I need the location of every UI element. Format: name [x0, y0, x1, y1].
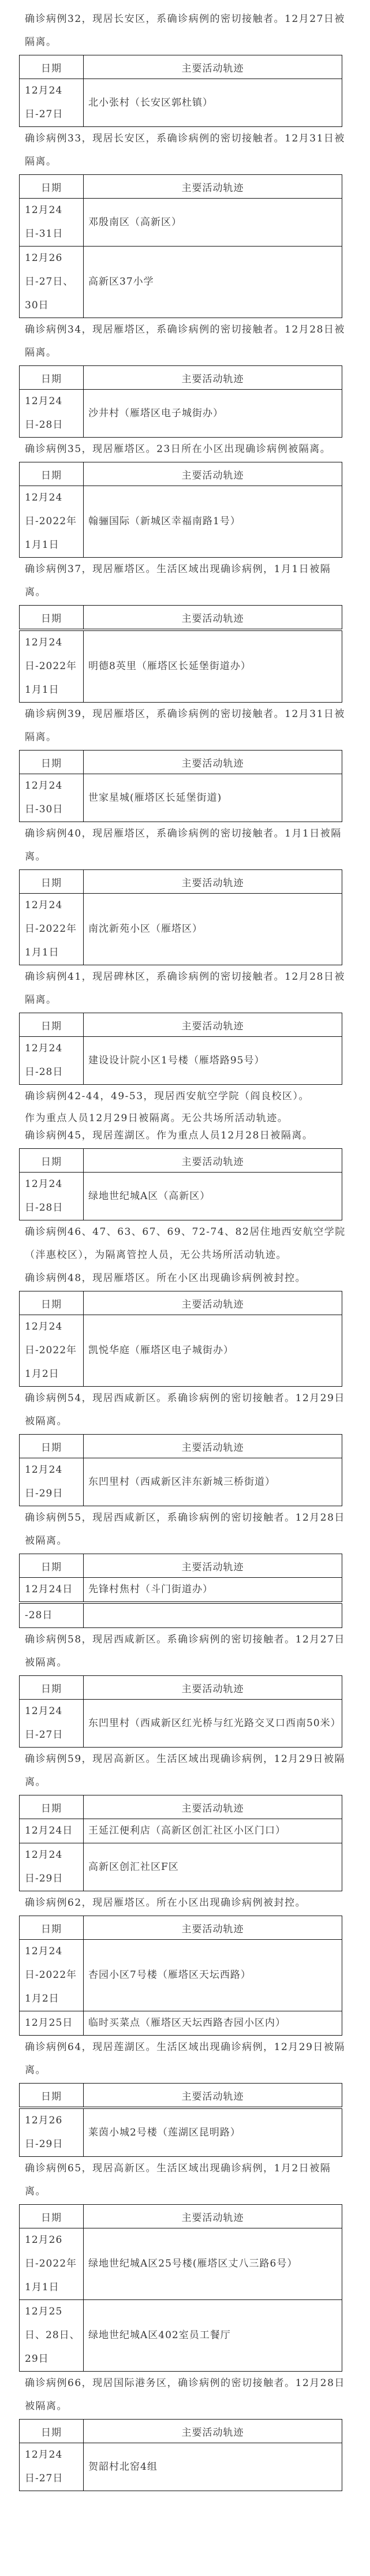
case-section-case-66: 确诊病例66，现居国际港务区，确诊病例的密切接触者。12月28日被隔离。日期主要…	[0, 2372, 370, 2491]
date-column-header: 日期	[20, 462, 84, 486]
table-header-row: 日期主要活动轨迹	[20, 751, 342, 774]
table-row: 12月25日、28日、29日绿地世纪城A区402室员工餐厅	[20, 2300, 342, 2372]
activity-trace-table: 日期主要活动轨迹12月24日-2022年1月1日明德8英里（雁塔区长延堡街道办）	[19, 605, 342, 703]
case-description: 确诊病例55，现居西咸新区，系确诊病例的密切接触者。12月28日被隔离。	[0, 1506, 370, 1552]
table-header-row: 日期主要活动轨迹	[20, 2084, 342, 2108]
activity-location-cell: 王延江便利店（高新区创汇社区小区门口）	[84, 1819, 342, 1843]
activity-trace-table: 日期主要活动轨迹12月24日-2022年1月2日凯悦华庭（雁塔区电子城街办）	[19, 1291, 342, 1387]
case-section-case-55: 确诊病例55，现居西咸新区，系确诊病例的密切接触者。12月28日被隔离。日期主要…	[0, 1506, 370, 1628]
table-header-row: 日期主要活动轨迹	[20, 55, 342, 79]
date-column-header: 日期	[20, 2420, 84, 2443]
table-row: 12月24日-27日贺韶村北窑4组	[20, 2443, 342, 2491]
activity-location-cell: 凯悦华庭（雁塔区电子城街办）	[84, 1315, 342, 1387]
date-column-header: 日期	[20, 1013, 84, 1037]
activity-location-cell: 绿地世纪城A区402室员工餐厅	[84, 2300, 342, 2372]
activity-column-header: 主要活动轨迹	[84, 175, 342, 199]
case-section-case-45: 确诊病例45，现居莲湖区。作为重点人员12月28日被隔离。日期主要活动轨迹12月…	[0, 1124, 370, 1220]
case-description: 确诊病例59，现居高新区。生活区域出现确诊病例，12月29日被隔离。	[0, 1748, 370, 1794]
case-description: 确诊病例41，现居碑林区，系确诊病例的密切接触者。12月28日被隔离。	[0, 965, 370, 1011]
activity-trace-table: 日期主要活动轨迹12月24日-31日邓殷南区（高新区）12月26日-27日、30…	[19, 174, 342, 318]
activity-column-header: 主要活动轨迹	[84, 870, 342, 894]
activity-location-cell: 沙井村（雁塔区电子城街办）	[84, 390, 342, 438]
activity-column-header: 主要活动轨迹	[84, 1795, 342, 1819]
activity-location-cell: 绿地世纪城A区25号楼(雁塔区丈八三路6号）	[84, 2228, 342, 2300]
case-description: 确诊病例42-44，49-53，现居西安航空学院（阎良校区）。	[0, 1085, 370, 1108]
activity-trace-table: 日期主要活动轨迹12月24日-27日贺韶村北窑4组	[19, 2419, 342, 2491]
table-header-row: 日期主要活动轨迹	[20, 1013, 342, 1037]
table-header-row: 日期主要活动轨迹	[20, 606, 342, 630]
case-description: 确诊病例37，现居雁塔区。生活区域出现确诊病例，1月1日被隔离。	[0, 558, 370, 604]
table-header-row: 日期主要活动轨迹	[20, 1554, 342, 1578]
activity-location-cell: 杏园小区7号楼（雁塔区天坛西路）	[84, 1940, 342, 2011]
table-row: -28日	[20, 1603, 342, 1628]
activity-location-cell: 邓殷南区（高新区）	[84, 199, 342, 247]
table-row: 12月24日-29日东凹里村（西咸新区沣东新城三桥街道）	[20, 1458, 342, 1506]
date-cell: 12月24日-2022年1月1日	[20, 894, 84, 965]
case-section-case-37: 确诊病例37，现居雁塔区。生活区域出现确诊病例，1月1日被隔离。日期主要活动轨迹…	[0, 558, 370, 703]
table-header-row: 日期主要活动轨迹	[20, 366, 342, 390]
date-cell: 12月24日-29日	[20, 1458, 84, 1506]
case-description: 确诊病例32，现居长安区，系确诊病例的密切接触者。12月27日被隔离。	[0, 8, 370, 54]
case-description: 确诊病例39，现居雁塔区，系确诊病例的密切接触者。12月31日被隔离。	[0, 703, 370, 749]
case-section-case-59: 确诊病例59，现居高新区。生活区域出现确诊病例，12月29日被隔离。日期主要活动…	[0, 1748, 370, 1891]
activity-location-cell: 莱茵小城2号楼（莲湖区昆明路）	[84, 2108, 342, 2157]
table-row: 12月24日-30日世家星城(雁塔区长延堡街道)	[20, 774, 342, 822]
activity-location-cell: 贺韶村北窑4组	[84, 2443, 342, 2491]
date-column-header: 日期	[20, 1435, 84, 1458]
date-cell: 12月26日-29日	[20, 2108, 84, 2157]
case-section-case-35: 确诊病例35，现居雁塔区。23日所在小区出现确诊病例被隔离。日期主要活动轨迹12…	[0, 438, 370, 558]
activity-trace-table: 日期主要活动轨迹12月24日-28日沙井村（雁塔区电子城街办）	[19, 365, 342, 438]
activity-location-cell: 世家星城(雁塔区长延堡街道)	[84, 774, 342, 822]
case-section-case-39: 确诊病例39，现居雁塔区，系确诊病例的密切接触者。12月31日被隔离。日期主要活…	[0, 703, 370, 822]
table-row: 12月24日-2022年1月1日明德8英里（雁塔区长延堡街道办）	[20, 630, 342, 703]
case-description: 确诊病例45，现居莲湖区。作为重点人员12月28日被隔离。	[0, 1124, 370, 1147]
activity-column-header: 主要活动轨迹	[84, 1291, 342, 1315]
case-section-case-65: 确诊病例65，现居高新区。生活区域出现确诊病例，1月2日被隔离。日期主要活动轨迹…	[0, 2157, 370, 2372]
date-column-header: 日期	[20, 366, 84, 390]
case-description: 确诊病例35，现居雁塔区。23日所在小区出现确诊病例被隔离。	[0, 438, 370, 461]
date-column-header: 日期	[20, 55, 84, 79]
date-cell: 12月24日-30日	[20, 774, 84, 822]
date-column-header: 日期	[20, 1554, 84, 1578]
activity-column-header: 主要活动轨迹	[84, 751, 342, 774]
table-header-row: 日期主要活动轨迹	[20, 462, 342, 486]
case-section-case-34: 确诊病例34，现居雁塔区，系确诊病例的密切接触者。12月28日被隔离。日期主要活…	[0, 318, 370, 438]
activity-column-header: 主要活动轨迹	[84, 2084, 342, 2108]
table-header-row: 日期主要活动轨迹	[20, 175, 342, 199]
activity-location-cell	[84, 1603, 342, 1628]
activity-location-cell: 建设设计院小区1号楼（雁塔路95号）	[84, 1037, 342, 1085]
date-cell: 12月24日-27日	[20, 1700, 84, 1748]
case-description: 确诊病例40，现居雁塔区，系确诊病例的密切接触者。1月1日被隔离。	[0, 822, 370, 868]
activity-location-cell: 临时买菜点（雁塔区天坛西路杏园小区内）	[84, 2011, 342, 2036]
case-section-case-32: 确诊病例32，现居长安区，系确诊病例的密切接触者。12月27日被隔离。日期主要活…	[0, 8, 370, 127]
date-column-header: 日期	[20, 1676, 84, 1700]
date-cell: 12月24日-28日	[20, 390, 84, 438]
activity-column-header: 主要活动轨迹	[84, 1676, 342, 1700]
activity-location-cell: 东凹里村（西咸新区沣东新城三桥街道）	[84, 1458, 342, 1506]
case-description: 确诊病例62，现居雁塔区。所在小区出现确诊病例被封控。	[0, 1891, 370, 1914]
activity-column-header: 主要活动轨迹	[84, 1554, 342, 1578]
activity-trace-table: 日期主要活动轨迹12月24日-28日绿地世纪城A区（高新区）	[19, 1148, 342, 1220]
date-cell: 12月24日-27日	[20, 79, 84, 127]
activity-trace-table: 日期主要活动轨迹12月24日-27日东凹里村（西咸新区红光桥与红光路交叉口西南5…	[19, 1675, 342, 1748]
activity-location-cell: 明德8英里（雁塔区长延堡街道办）	[84, 630, 342, 703]
date-column-header: 日期	[20, 1795, 84, 1819]
table-row: 12月24日-2022年1月1日南沈新苑小区（雁塔区）	[20, 894, 342, 965]
table-row: 12月25日临时买菜点（雁塔区天坛西路杏园小区内）	[20, 2011, 342, 2036]
date-column-header: 日期	[20, 2205, 84, 2228]
date-cell: 12月24日-2022年1月1日	[20, 630, 84, 703]
date-column-header: 日期	[20, 1149, 84, 1173]
activity-trace-table: 日期主要活动轨迹12月26日-29日莱茵小城2号楼（莲湖区昆明路）	[19, 2083, 342, 2157]
activity-trace-table: 日期主要活动轨迹12月24日王延江便利店（高新区创汇社区小区门口）12月24日-…	[19, 1795, 342, 1891]
date-cell: -28日	[20, 1603, 84, 1628]
case-section-case-41: 确诊病例41，现居碑林区，系确诊病例的密切接触者。12月28日被隔离。日期主要活…	[0, 965, 370, 1085]
activity-location-cell: 翰骊国际（新城区幸福南路1号）	[84, 486, 342, 558]
activity-location-cell: 高新区37小学	[84, 247, 342, 318]
table-row: 12月26日-29日莱茵小城2号楼（莲湖区昆明路）	[20, 2108, 342, 2157]
date-cell: 12月24日-31日	[20, 199, 84, 247]
activity-location-cell: 绿地世纪城A区（高新区）	[84, 1173, 342, 1220]
date-cell: 12月26日-27日、30日	[20, 247, 84, 318]
case-description: 确诊病例33，现居长安区，系确诊病例的密切接触者。12月31日被隔离。	[0, 127, 370, 173]
date-cell: 12月24日	[20, 1578, 84, 1603]
activity-column-header: 主要活动轨迹	[84, 462, 342, 486]
table-row: 12月26日-2022年1月1日绿地世纪城A区25号楼(雁塔区丈八三路6号）	[20, 2228, 342, 2300]
case-description: 确诊病例58，现居西咸新区。系确诊病例的密切接触者。12月27日被隔离。	[0, 1628, 370, 1674]
case-description: 确诊病例64，现居莲湖区。生活区域出现确诊病例，12月29日被隔离。	[0, 2036, 370, 2082]
activity-column-header: 主要活动轨迹	[84, 2420, 342, 2443]
case-section-case-54: 确诊病例54，现居西咸新区。系确诊病例的密切接触者。12月29日被隔离。日期主要…	[0, 1387, 370, 1506]
activity-column-header: 主要活动轨迹	[84, 55, 342, 79]
activity-trace-table: 日期主要活动轨迹12月24日先锋村焦村（斗门街道办）-28日	[19, 1554, 342, 1628]
activity-trace-table: 日期主要活动轨迹12月24日-29日东凹里村（西咸新区沣东新城三桥街道）	[19, 1434, 342, 1506]
table-row: 12月24日-28日沙井村（雁塔区电子城街办）	[20, 390, 342, 438]
table-row: 12月24日先锋村焦村（斗门街道办）	[20, 1578, 342, 1603]
activity-location-cell: 北小张村（长安区郭杜镇）	[84, 79, 342, 127]
case-section-case-62: 确诊病例62，现居雁塔区。所在小区出现确诊病例被封控。日期主要活动轨迹12月24…	[0, 1891, 370, 2036]
activity-trace-table: 日期主要活动轨迹12月24日-28日建设设计院小区1号楼（雁塔路95号）	[19, 1013, 342, 1085]
table-header-row: 日期主要活动轨迹	[20, 1916, 342, 1940]
table-row: 12月26日-27日、30日高新区37小学	[20, 247, 342, 318]
table-header-row: 日期主要活动轨迹	[20, 1795, 342, 1819]
activity-trace-table: 日期主要活动轨迹12月24日-2022年1月1日翰骊国际（新城区幸福南路1号）	[19, 462, 342, 558]
date-column-header: 日期	[20, 606, 84, 630]
activity-location-cell: 高新区创汇社区F区	[84, 1843, 342, 1891]
date-cell: 12月24日-2022年1月1日	[20, 486, 84, 558]
table-row: 12月24日-31日邓殷南区（高新区）	[20, 199, 342, 247]
case-section-case-64: 确诊病例64，现居莲湖区。生活区域出现确诊病例，12月29日被隔离。日期主要活动…	[0, 2036, 370, 2157]
table-header-row: 日期主要活动轨迹	[20, 2420, 342, 2443]
case-section-case-58: 确诊病例58，现居西咸新区。系确诊病例的密切接触者。12月27日被隔离。日期主要…	[0, 1628, 370, 1748]
date-column-header: 日期	[20, 175, 84, 199]
table-header-row: 日期主要活动轨迹	[20, 1435, 342, 1458]
date-cell: 12月25日、28日、29日	[20, 2300, 84, 2372]
case-description: 确诊病例54，现居西咸新区。系确诊病例的密切接触者。12月29日被隔离。	[0, 1387, 370, 1433]
date-column-header: 日期	[20, 751, 84, 774]
date-cell: 12月24日-27日	[20, 2443, 84, 2491]
date-cell: 12月24日-29日	[20, 1843, 84, 1891]
table-row: 12月24日-29日高新区创汇社区F区	[20, 1843, 342, 1891]
table-row: 12月24日-2022年1月1日翰骊国际（新城区幸福南路1号）	[20, 486, 342, 558]
activity-column-header: 主要活动轨迹	[84, 366, 342, 390]
table-row: 12月24日-27日东凹里村（西咸新区红光桥与红光路交叉口西南50米）	[20, 1700, 342, 1748]
activity-trace-table: 日期主要活动轨迹12月24日-2022年1月1日南沈新苑小区（雁塔区）	[19, 869, 342, 965]
activity-column-header: 主要活动轨迹	[84, 606, 342, 630]
activity-location-cell: 东凹里村（西咸新区红光桥与红光路交叉口西南50米）	[84, 1700, 342, 1748]
date-column-header: 日期	[20, 2084, 84, 2108]
activity-trace-table: 日期主要活动轨迹12月24日-27日北小张村（长安区郭杜镇）	[19, 55, 342, 127]
date-cell: 12月24日	[20, 1819, 84, 1843]
table-header-row: 日期主要活动轨迹	[20, 1149, 342, 1173]
activity-location-cell: 南沈新苑小区（雁塔区）	[84, 894, 342, 965]
date-cell: 12月25日	[20, 2011, 84, 2036]
activity-column-header: 主要活动轨迹	[84, 1916, 342, 1940]
table-header-row: 日期主要活动轨迹	[20, 870, 342, 894]
date-cell: 12月24日-28日	[20, 1173, 84, 1220]
date-column-header: 日期	[20, 1916, 84, 1940]
table-row: 12月24日-27日北小张村（长安区郭杜镇）	[20, 79, 342, 127]
case-description: 确诊病例46、47、63、67、69、72-74、82居住地西安航空学院（泮惠校…	[0, 1220, 370, 1267]
table-row: 12月24日王延江便利店（高新区创汇社区小区门口）	[20, 1819, 342, 1843]
activity-column-header: 主要活动轨迹	[84, 1149, 342, 1173]
table-header-row: 日期主要活动轨迹	[20, 2205, 342, 2228]
date-cell: 12月24日-2022年1月2日	[20, 1940, 84, 2011]
case-description: 确诊病例34，现居雁塔区，系确诊病例的密切接触者。12月28日被隔离。	[0, 318, 370, 364]
case-section-case-40: 确诊病例40，现居雁塔区，系确诊病例的密切接触者。1月1日被隔离。日期主要活动轨…	[0, 822, 370, 965]
date-column-header: 日期	[20, 870, 84, 894]
case-section-case-48: 确诊病例48，现居雁塔区。所在小区出现确诊病例被封控。日期主要活动轨迹12月24…	[0, 1267, 370, 1387]
case-section-case-33: 确诊病例33，现居长安区，系确诊病例的密切接触者。12月31日被隔离。日期主要活…	[0, 127, 370, 318]
date-column-header: 日期	[20, 1291, 84, 1315]
activity-trace-table: 日期主要活动轨迹12月24日-2022年1月2日杏园小区7号楼（雁塔区天坛西路）…	[19, 1916, 342, 2036]
activity-trace-table: 日期主要活动轨迹12月24日-30日世家星城(雁塔区长延堡街道)	[19, 750, 342, 822]
case-description: 确诊病例48，现居雁塔区。所在小区出现确诊病例被封控。	[0, 1267, 370, 1290]
activity-trace-table: 日期主要活动轨迹12月26日-2022年1月1日绿地世纪城A区25号楼(雁塔区丈…	[19, 2204, 342, 2372]
case-description: 确诊病例66，现居国际港务区，确诊病例的密切接触者。12月28日被隔离。	[0, 2372, 370, 2418]
date-cell: 12月26日-2022年1月1日	[20, 2228, 84, 2300]
date-cell: 12月24日-28日	[20, 1037, 84, 1085]
activity-location-cell: 先锋村焦村（斗门街道办）	[84, 1578, 342, 1603]
table-row: 12月24日-28日建设设计院小区1号楼（雁塔路95号）	[20, 1037, 342, 1085]
table-header-row: 日期主要活动轨迹	[20, 1291, 342, 1315]
activity-column-header: 主要活动轨迹	[84, 1435, 342, 1458]
epidemic-trace-document: 确诊病例32，现居长安区，系确诊病例的密切接触者。12月27日被隔离。日期主要活…	[0, 0, 370, 2491]
table-row: 12月24日-28日绿地世纪城A区（高新区）	[20, 1173, 342, 1220]
date-cell: 12月24日-2022年1月2日	[20, 1315, 84, 1387]
table-header-row: 日期主要活动轨迹	[20, 1676, 342, 1700]
activity-column-header: 主要活动轨迹	[84, 1013, 342, 1037]
case-description: 确诊病例65，现居高新区。生活区域出现确诊病例，1月2日被隔离。	[0, 2157, 370, 2203]
case-section-case-46-82: 确诊病例46、47、63、67、69、72-74、82居住地西安航空学院（泮惠校…	[0, 1220, 370, 1267]
table-row: 12月24日-2022年1月2日杏园小区7号楼（雁塔区天坛西路）	[20, 1940, 342, 2011]
table-row: 12月24日-2022年1月2日凯悦华庭（雁塔区电子城街办）	[20, 1315, 342, 1387]
activity-column-header: 主要活动轨迹	[84, 2205, 342, 2228]
